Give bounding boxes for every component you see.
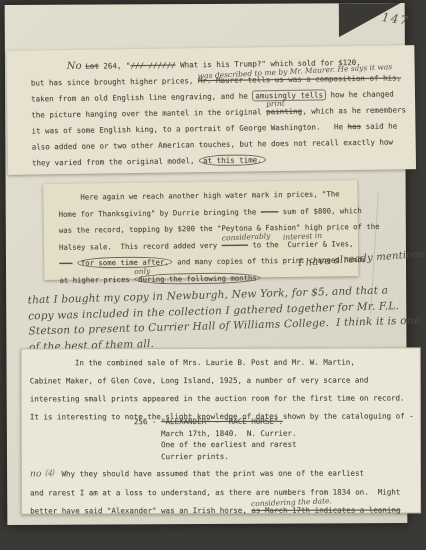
typed-paragraph-2: Here again we reach another high water m…: [58, 186, 356, 289]
typed-text: but has since brought higher prices,: [31, 76, 198, 87]
typed-text: [72, 259, 77, 268]
typed-text: , which as he remembers: [302, 105, 406, 115]
text-line: and rarest I am at a loss to understand,…: [30, 483, 416, 503]
typed-text: at higher prices: [59, 274, 134, 284]
typed-text: Halsey sale. This record added very: [59, 240, 222, 251]
handwritten-insertion: only: [134, 263, 151, 280]
handwritten-insertion: interest in: [283, 227, 323, 245]
struck-typed-text: ——————: [221, 240, 247, 249]
typed-text: sum of $800, which: [278, 206, 362, 216]
pasted-slip-bottom: In the combined sale of Mrs. Laurie B. P…: [21, 347, 421, 514]
catalogue-quotation: 256 - "ALEXANDER" - "RACE HORSE". March …: [134, 416, 297, 462]
struck-typed-text: /// //////: [130, 60, 175, 70]
struck-typed-text: "ALEXANDER" - "RACE HORSE".: [161, 417, 283, 426]
circled-typed-text: for some time after,: [77, 256, 173, 268]
handwritten-paragraph: that I bought my copy in Newburgh, New Y…: [28, 282, 426, 355]
text-line: In the combined sale of Mrs. Laurie B. P…: [30, 353, 416, 372]
typed-text: was the record, topping by $200 the "Pey…: [59, 222, 380, 235]
page-number: 147: [381, 10, 410, 28]
typed-text: interesting small prints appeared in the…: [30, 393, 405, 403]
text-line: 256 - "ALEXANDER" - "RACE HORSE".: [134, 416, 297, 428]
typed-text: and rarest I am at a loss to understand,…: [30, 487, 400, 497]
text-line: better have said "Alexander" was an Iris…: [30, 501, 416, 521]
text-line: March 17th, 1840. N. Currier.: [134, 427, 297, 439]
typed-paragraph-1: No Lot 264, "/// ////// What is his Trum…: [30, 54, 411, 171]
struck-typed-text: painting: [266, 107, 302, 117]
struck-typed-text: ————: [261, 207, 279, 216]
typed-text: Cabinet Maker, of Glen Cove, Long Island…: [30, 376, 369, 386]
struck-typed-text: Lot: [85, 62, 99, 71]
pasted-slip-paragraph-1: No Lot 264, "/// ////// What is his Trum…: [6, 45, 416, 175]
struck-typed-text: as March 17th indicates a leaning: [251, 505, 400, 514]
typed-text: 256 -: [134, 417, 161, 426]
typed-text: March 17th, 1840. N. Currier.: [134, 428, 297, 437]
typed-text: said he: [361, 121, 397, 131]
typed-text: the picture hanging over the mantel in t…: [31, 107, 266, 119]
handwritten-text: no ⑷: [30, 469, 57, 479]
scan-background: 147 No Lot 264, "/// ////// What is his …: [0, 0, 426, 550]
typed-text: Why they should have assumed that the pr…: [57, 469, 364, 479]
typed-text: also added one or two other American tou…: [32, 137, 393, 151]
typed-text: how he changed: [326, 89, 394, 99]
typed-text: it was of some English king, to a portra…: [31, 122, 347, 135]
typed-text: Currier prints.: [134, 451, 229, 460]
handwritten-text: No: [67, 61, 86, 72]
text-line: no ⑷ Why they should have assumed that t…: [30, 464, 416, 484]
struck-typed-text: Mr. Maurer tells us was a composition of…: [198, 73, 401, 85]
typed-paragraph-4: no ⑷ Why they should have assumed that t…: [30, 464, 416, 521]
text-line: Cabinet Maker, of Glen Cove, Long Island…: [30, 371, 416, 390]
typed-text: they varied from the original model,: [32, 156, 199, 167]
typed-text: Home for Thanksgiving" by Durrie bringin…: [59, 207, 261, 218]
typed-text: taken from an old English line engraving…: [31, 91, 252, 103]
typed-text: In the combined sale of Mrs. Laurie B. P…: [30, 358, 355, 368]
typed-text: better have said "Alexander" was an Iris…: [30, 506, 251, 516]
text-line: interesting small prints appeared in the…: [30, 389, 416, 408]
struck-typed-text: has: [347, 122, 361, 131]
circled-typed-text: at this time.: [199, 154, 266, 166]
typed-text: [31, 62, 67, 72]
text-line: One of the earliest and rarest: [134, 439, 297, 451]
struck-typed-text: ———: [59, 259, 72, 268]
circled-typed-text: during the following months: [134, 272, 261, 285]
typed-text: 264, ": [99, 61, 131, 70]
typed-text: Here again we reach another high water m…: [58, 189, 339, 201]
typed-text: One of the earliest and rarest: [134, 440, 297, 449]
document-page: 147 No Lot 264, "/// ////// What is his …: [5, 3, 408, 525]
text-line: Currier prints.: [134, 450, 297, 462]
boxed-typed-text: amusingly tells: [252, 89, 326, 101]
